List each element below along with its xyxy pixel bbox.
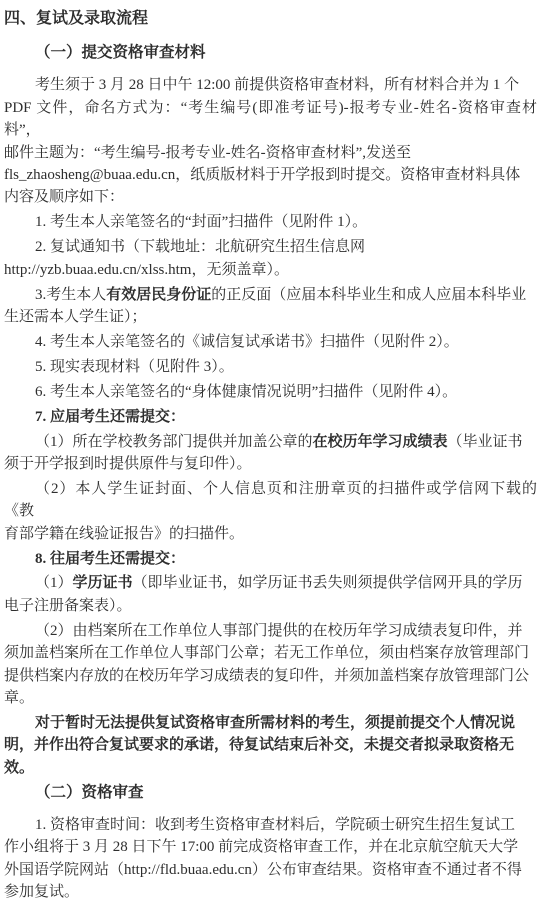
section-heading: （二）资格审查 [4,782,537,804]
paragraph: 7. 应届考生还需提交： [4,406,537,428]
bold-text-run: （二）资格审查 [35,784,144,801]
paragraph: 2. 复试通知书（下载地址：北航研究生招生信息网 http://yzb.buaa… [4,236,537,281]
paragraph: （1）学历证书（即毕业证书，如学历证书丢失则须提供学信网开具的学历 电子注册备案… [4,572,537,617]
text-run: 3.考生本人 [35,287,106,303]
text-run: （2）本人学生证封面、个人信息页和注册章页的扫描件或学信网下载的《教 育部学籍在… [4,481,537,542]
paragraph: （2）本人学生证封面、个人信息页和注册章页的扫描件或学信网下载的《教 育部学籍在… [4,478,537,545]
paragraph: 4. 考生本人亲笔签名的《诚信复试承诺书》扫描件（见附件 2）。 [4,331,537,353]
bold-text-run: 8. 往届考生还需提交： [35,551,185,567]
text-run: 2. 复试通知书（下载地址：北航研究生招生信息网 http://yzb.buaa… [4,239,365,277]
text-run: 1. 考生本人亲笔签名的“封面”扫描件（见附件 1）。 [35,214,367,230]
text-run: 1. 资格审查时间：收到考生资格审查材料后，学院硕士研究生招生复试工 作小组将于… [4,817,522,900]
document-body: 四、复试及录取流程（一）提交资格审查材料考生须于 3 月 28 日中午 12:0… [4,7,537,901]
paragraph: 6. 考生本人亲笔签名的“身体健康情况说明”扫描件（见附件 4）。 [4,381,537,403]
bold-text-run: 7. 应届考生还需提交： [35,409,185,425]
text-run: 5. 现实表现材料（见附件 3）。 [35,359,234,375]
paragraph: 3.考生本人有效居民身份证的正反面（应届本科毕业生和成人应届本科毕业 生还需本人… [4,284,537,329]
paragraph: 1. 考生本人亲笔签名的“封面”扫描件（见附件 1）。 [4,211,537,233]
text-run: 考生须于 3 月 28 日中午 12:00 前提供资格审查材料，所有材料合并为 … [4,77,537,205]
section-heading: （一）提交资格审查材料 [4,42,537,64]
bold-text-run: （一）提交资格审查材料 [35,44,206,61]
text-run: （1）所在学校教务部门提供并加盖公章的 [35,434,313,450]
bold-text-run: 对于暂时无法提供复试资格审查所需材料的考生，须提前提交个人情况说 明，并作出符合… [4,715,515,776]
text-run: （2）由档案所在工作单位人事部门提供的在校历年学习成绩表复印件，并 须加盖档案所… [4,623,529,706]
text-run: （1） [35,575,73,591]
bold-text-run: 四、复试及录取流程 [4,10,148,27]
bold-text-run: 学历证书 [73,575,133,591]
text-run: 4. 考生本人亲笔签名的《诚信复试承诺书》扫描件（见附件 2）。 [35,334,459,350]
paragraph: 对于暂时无法提供复试资格审查所需材料的考生，须提前提交个人情况说 明，并作出符合… [4,712,537,779]
paragraph: 5. 现实表现材料（见附件 3）。 [4,356,537,378]
document-page: 四、复试及录取流程（一）提交资格审查材料考生须于 3 月 28 日中午 12:0… [0,0,542,901]
bold-text-run: 有效居民身份证 [106,287,211,303]
paragraph: 考生须于 3 月 28 日中午 12:00 前提供资格审查材料，所有材料合并为 … [4,74,537,208]
paragraph: （2）由档案所在工作单位人事部门提供的在校历年学习成绩表复印件，并 须加盖档案所… [4,620,537,710]
page-title: 四、复试及录取流程 [4,7,537,30]
bold-text-run: 在校历年学习成绩表 [313,434,448,450]
paragraph: 1. 资格审查时间：收到考生资格审查材料后，学院硕士研究生招生复试工 作小组将于… [4,814,537,901]
paragraph: （1）所在学校教务部门提供并加盖公章的在校历年学习成绩表（毕业证书 须于开学报到… [4,431,537,476]
paragraph: 8. 往届考生还需提交： [4,548,537,570]
text-run: 6. 考生本人亲笔签名的“身体健康情况说明”扫描件（见附件 4）。 [35,384,457,400]
